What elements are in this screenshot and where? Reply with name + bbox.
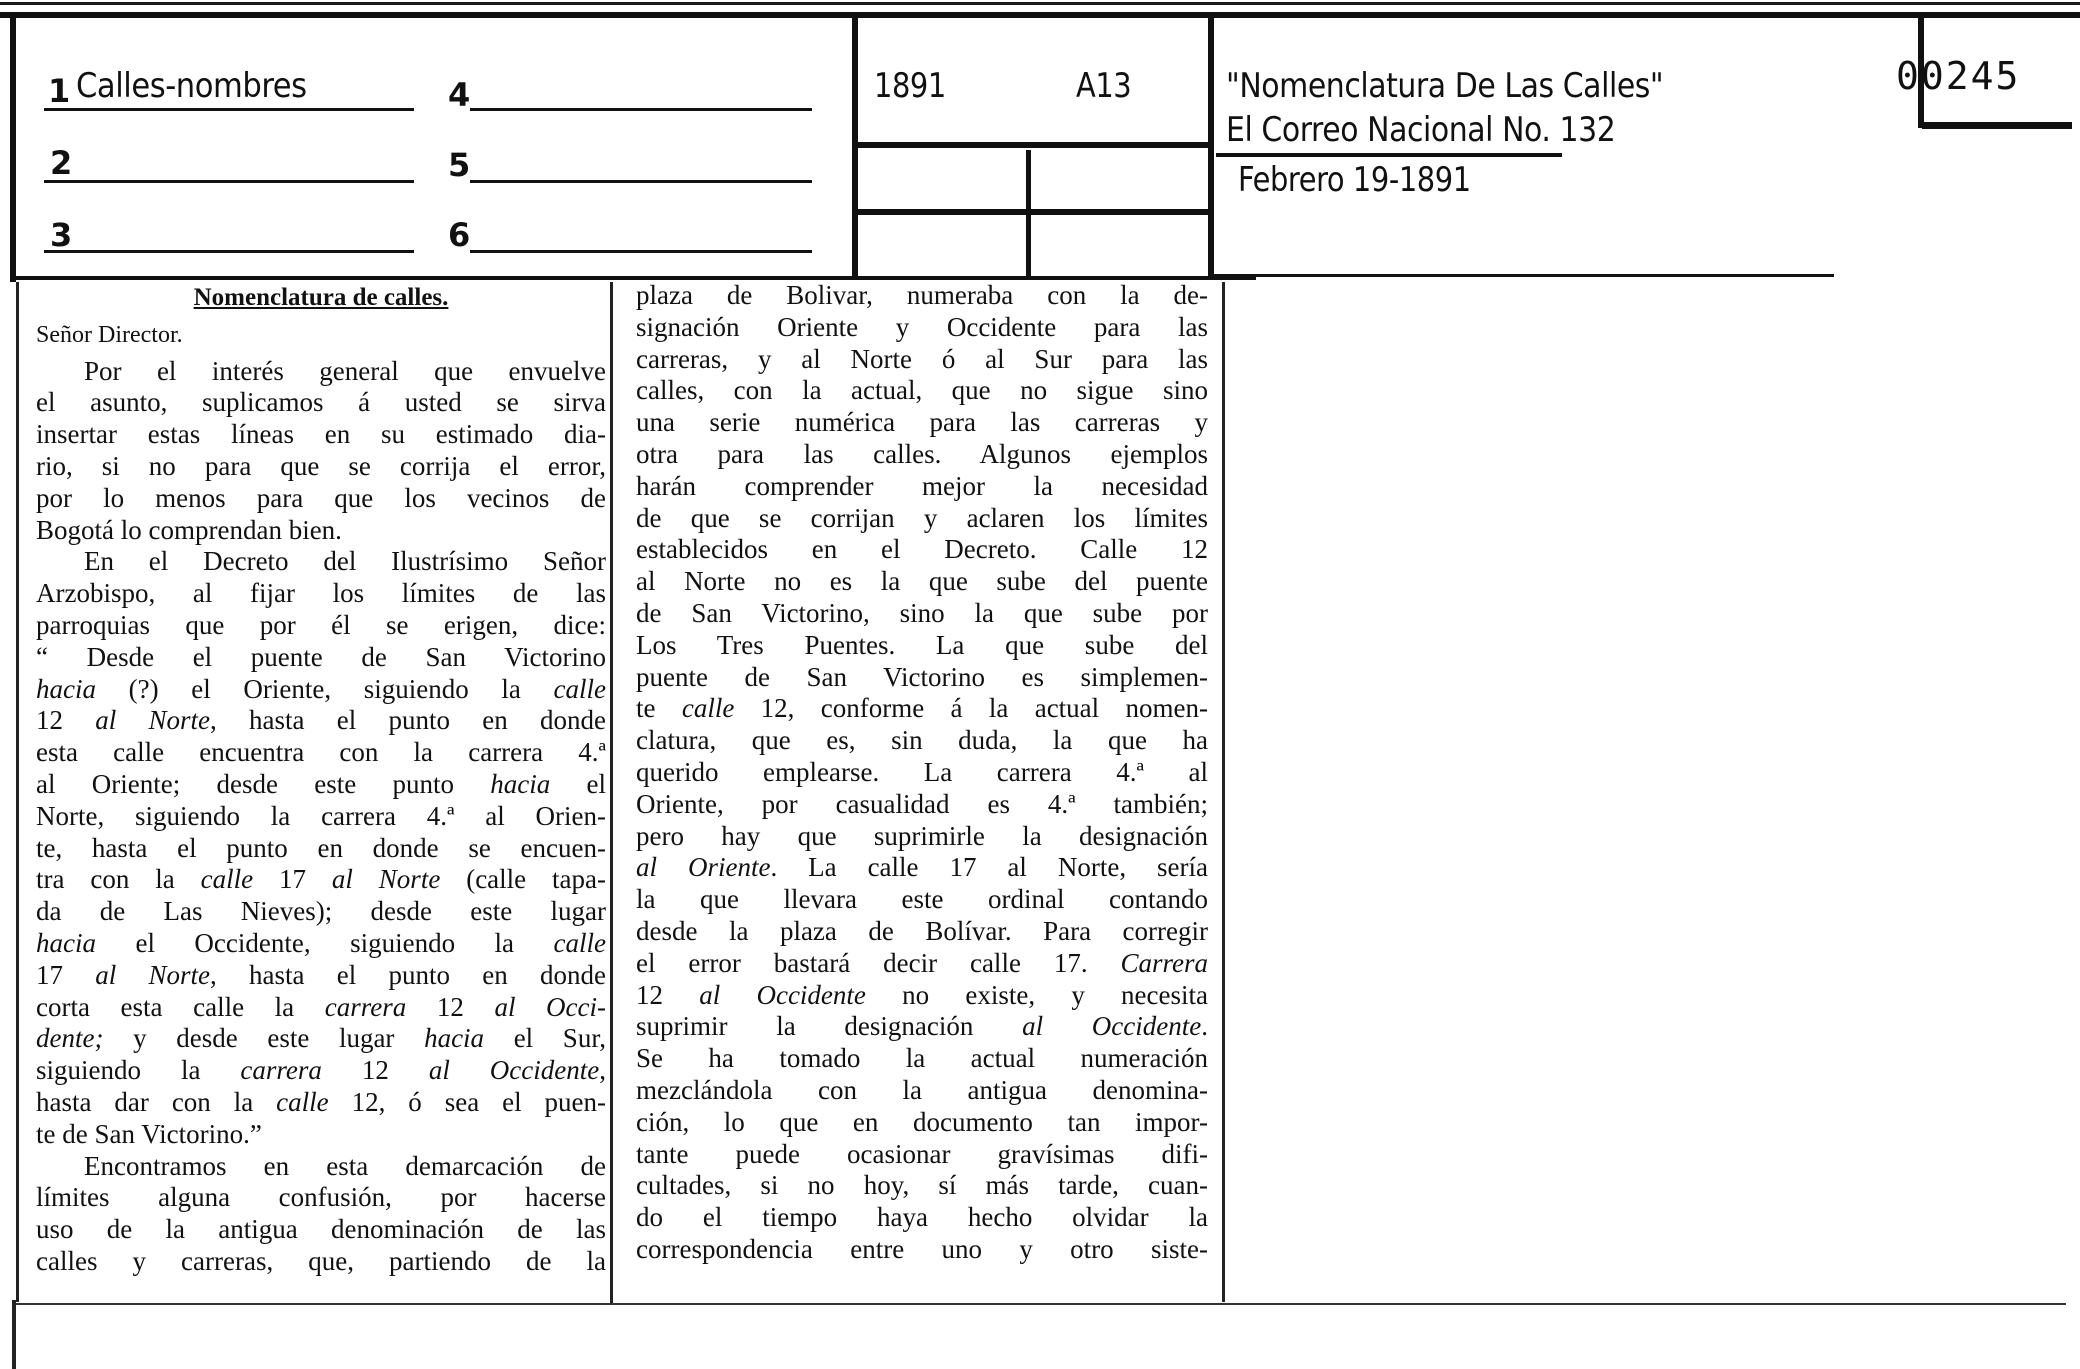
text-line: cultades, si no hoy, sí más tarde, cuan- bbox=[636, 1170, 1208, 1202]
code-cell: A13 bbox=[1076, 66, 1131, 106]
catalog-number: 00245 bbox=[1896, 54, 2020, 98]
column-separator bbox=[610, 282, 613, 1304]
field-line-1 bbox=[44, 108, 414, 111]
text-line: el error bastará decir calle 17. Carrera bbox=[636, 948, 1208, 980]
column-2-body: plaza de Bolivar, numeraba con la de-sig… bbox=[636, 280, 1208, 1266]
text-line: plaza de Bolivar, numeraba con la de- bbox=[636, 280, 1208, 312]
text-line: 12 al Occidente no existe, y necesita bbox=[636, 980, 1208, 1012]
column-2-right-rule bbox=[1222, 282, 1225, 1302]
text-line: al Oriente. La calle 17 al Norte, sería bbox=[636, 852, 1208, 884]
clipping-column-2: plaza de Bolivar, numeraba con la de-sig… bbox=[636, 280, 1208, 1266]
field-number-5: 5 bbox=[448, 146, 470, 184]
grid-cell-empty-2 bbox=[1032, 150, 1206, 208]
text-line: Por el interés general que envuelve bbox=[36, 356, 606, 388]
grid-cell-empty-4 bbox=[1032, 216, 1206, 276]
text-line: hasta dar con la calle 12, ó sea el puen… bbox=[36, 1087, 606, 1119]
text-line: do el tiempo haya hecho olvidar la bbox=[636, 1202, 1208, 1234]
text-line: signación Oriente y Occidente para las bbox=[636, 312, 1208, 344]
text-line: Oriente, por casualidad es 4.ª también; bbox=[636, 789, 1208, 821]
text-line: Encontramos en esta demarcación de bbox=[36, 1151, 606, 1183]
text-line: el asunto, suplicamos á usted se sirva bbox=[36, 387, 606, 419]
text-line: insertar estas líneas en su estimado dia… bbox=[36, 419, 606, 451]
field-number-3: 3 bbox=[50, 216, 72, 254]
text-line: puente de San Victorino es simplemen- bbox=[636, 662, 1208, 694]
grid-rule-2 bbox=[854, 209, 1210, 215]
text-line: harán comprender mejor la necesidad bbox=[636, 471, 1208, 503]
text-line: corta esta calle la carrera 12 al Occi- bbox=[36, 992, 606, 1024]
text-line: Bogotá lo comprendan bien. bbox=[36, 515, 606, 547]
text-line: carreras, y al Norte ó al Sur para las bbox=[636, 344, 1208, 376]
text-line: suprimir la designación al Occidente. bbox=[636, 1011, 1208, 1043]
article-title: "Nomenclatura De Las Calles" bbox=[1226, 66, 1663, 106]
text-line: clatura, que es, sin duda, la que ha bbox=[636, 725, 1208, 757]
column-1-body: Por el interés general que envuelveel as… bbox=[36, 356, 606, 1278]
text-line: límites alguna confusión, por hacerse bbox=[36, 1182, 606, 1214]
field-line-3 bbox=[44, 250, 414, 253]
field-number-1: 1 bbox=[48, 72, 70, 110]
text-line: calles y carreras, que, partiendo de la bbox=[36, 1246, 606, 1278]
text-line: de que se corrijan y aclaren los límites bbox=[636, 503, 1208, 535]
field-line-5 bbox=[470, 180, 812, 183]
subject-fields: 1 Calles-nombres 2 3 4 5 6 bbox=[0, 20, 850, 280]
field-line-6 bbox=[470, 250, 812, 253]
clipping-headline: Nomenclatura de calles. bbox=[36, 282, 606, 314]
text-line: por lo menos para que los vecinos de bbox=[36, 483, 606, 515]
text-line: Los Tres Puentes. La que sube del bbox=[636, 630, 1208, 662]
text-line: tante puede ocasionar gravísimas difi- bbox=[636, 1139, 1208, 1171]
text-line: una serie numérica para las carreras y bbox=[636, 407, 1208, 439]
field-value-1: Calles-nombres bbox=[76, 66, 307, 106]
text-line: uso de la antigua denominación de las bbox=[36, 1214, 606, 1246]
text-line: te de San Victorino.” bbox=[36, 1119, 606, 1151]
grid-rule-1 bbox=[854, 142, 1210, 148]
text-line: de San Victorino, sino la que sube por bbox=[636, 598, 1208, 630]
text-line: ción, lo que en documento tan impor- bbox=[636, 1107, 1208, 1139]
text-line: da de Las Nieves); desde este lugar bbox=[36, 896, 606, 928]
field-line-2 bbox=[44, 180, 414, 183]
card-bottom-rule-right bbox=[1212, 274, 1834, 277]
text-line: pero hay que suprimirle la designación bbox=[636, 821, 1208, 853]
text-line: establecidos en el Decreto. Calle 12 bbox=[636, 534, 1208, 566]
divider-grid-title bbox=[1208, 18, 1214, 280]
grid-cell-empty-1 bbox=[858, 150, 1024, 208]
catalog-box-bottom bbox=[1922, 122, 2072, 129]
text-line: hacia (?) el Oriente, siguiendo la calle bbox=[36, 674, 606, 706]
text-line: te, hasta el punto en donde se encuen- bbox=[36, 833, 606, 865]
card-top-rule bbox=[0, 2, 2080, 5]
text-line: tra con la calle 17 al Norte (calle tapa… bbox=[36, 864, 606, 896]
publication-date: Febrero 19-1891 bbox=[1238, 160, 1471, 200]
text-line: al Oriente; desde este punto hacia el bbox=[36, 769, 606, 801]
clipping-column-1: Nomenclatura de calles. Señor Director. … bbox=[36, 282, 606, 1278]
text-line: la que llevara este ordinal contando bbox=[636, 884, 1208, 916]
text-line: correspondencia entre uno y otro siste- bbox=[636, 1234, 1208, 1266]
text-line: esta calle encuentra con la carrera 4.ª bbox=[36, 737, 606, 769]
clipping-greeting: Señor Director. bbox=[36, 320, 606, 352]
text-line: “ Desde el puente de San Victorino bbox=[36, 642, 606, 674]
text-line: mezclándola con la antigua denomina- bbox=[636, 1075, 1208, 1107]
text-line: Norte, siguiendo la carrera 4.ª al Orien… bbox=[36, 801, 606, 833]
text-line: Arzobispo, al fijar los límites de las bbox=[36, 578, 606, 610]
text-line: te calle 12, conforme á la actual nomen- bbox=[636, 693, 1208, 725]
grid-cell-empty-3 bbox=[858, 216, 1024, 276]
field-number-4: 4 bbox=[448, 76, 470, 114]
text-line: siguiendo la carrera 12 al Occidente, bbox=[36, 1055, 606, 1087]
field-number-6: 6 bbox=[448, 216, 470, 254]
source-underline bbox=[1216, 153, 1562, 157]
clipping-bottom-rule bbox=[16, 1303, 2066, 1305]
newspaper-source: El Correo Nacional No. 132 bbox=[1226, 110, 1615, 150]
text-line: otra para las calles. Algunos ejemplos bbox=[636, 439, 1208, 471]
card-top-border bbox=[0, 12, 2080, 18]
field-line-4 bbox=[470, 108, 812, 111]
text-line: calles, con la actual, que no sigue sino bbox=[636, 375, 1208, 407]
text-line: rio, si no para que se corrija el error, bbox=[36, 451, 606, 483]
text-line: querido emplearse. La carrera 4.ª al bbox=[636, 757, 1208, 789]
text-line: hacia el Occidente, siguiendo la calle bbox=[36, 928, 606, 960]
text-line: dente; y desde este lugar hacia el Sur, bbox=[36, 1023, 606, 1055]
text-line: 12 al Norte, hasta el punto en donde bbox=[36, 705, 606, 737]
text-line: desde la plaza de Bolívar. Para corregir bbox=[636, 916, 1208, 948]
year-cell: 1891 bbox=[874, 66, 946, 106]
text-line: 17 al Norte, hasta el punto en donde bbox=[36, 960, 606, 992]
text-line: al Norte no es la que sube del puente bbox=[636, 566, 1208, 598]
grid-center-divider bbox=[1026, 150, 1031, 276]
clipping-left-rule bbox=[16, 282, 19, 1302]
text-line: parroquias que por él se erigen, dice: bbox=[36, 610, 606, 642]
text-line: En el Decreto del Ilustrísimo Señor bbox=[36, 546, 606, 578]
field-number-2: 2 bbox=[50, 144, 72, 182]
page-left-edge bbox=[12, 1300, 16, 1369]
text-line: Se ha tomado la actual numeración bbox=[636, 1043, 1208, 1075]
